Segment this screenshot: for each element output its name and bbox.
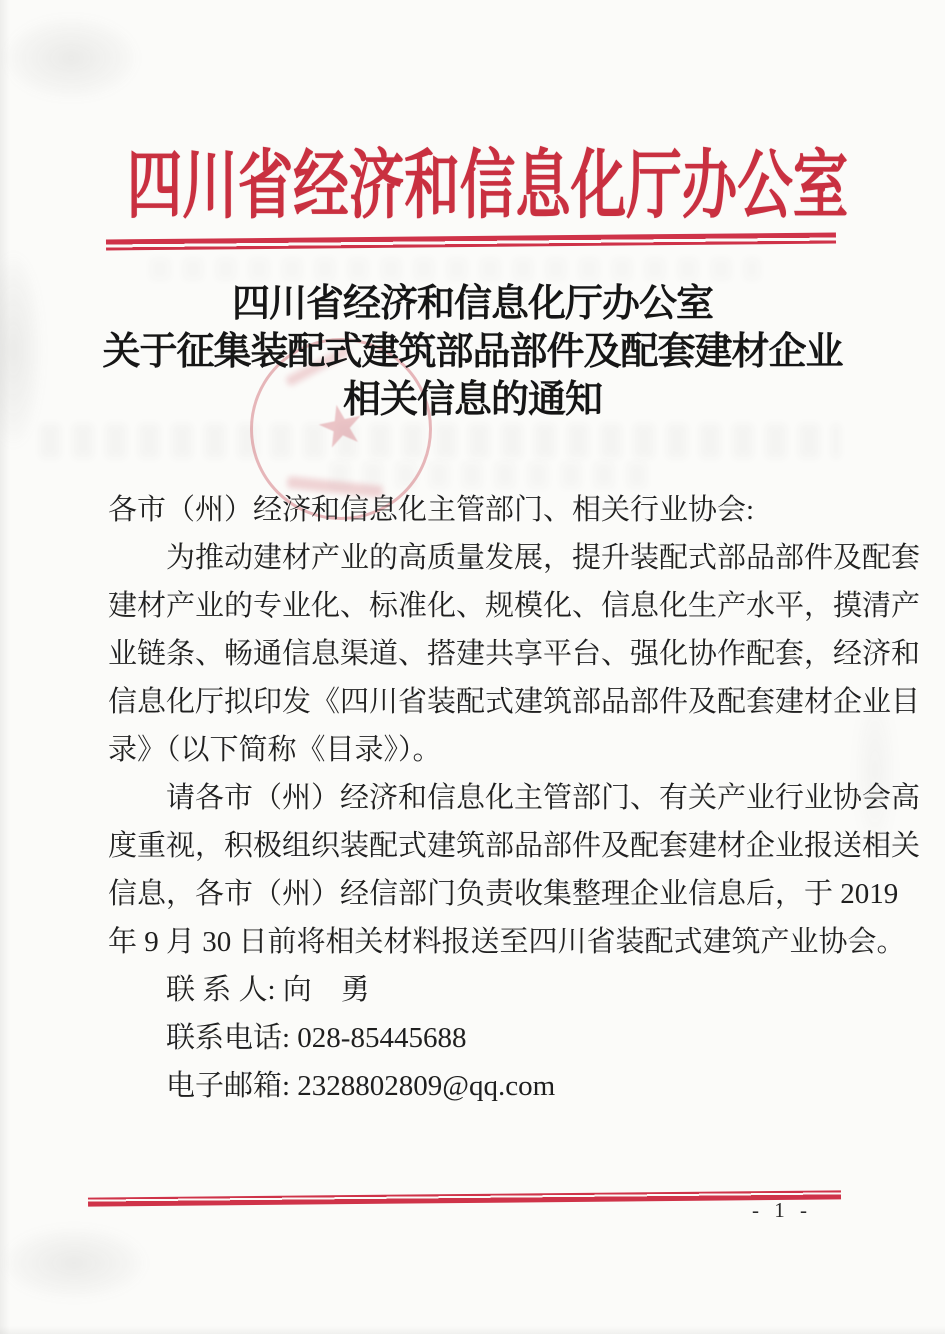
body-text-line: 信息，各市（州）经信部门负责收集整理企业信息后，于 2019 [108,870,845,918]
body-text-line: 为推动建材产业的高质量发展，提升装配式部品部件及配套 [108,534,845,582]
body-text-line: 联系电话: 028-85445688 [108,1014,845,1062]
body-text-line: 请各市（州）经济和信息化主管部门、有关产业行业协会高 [108,774,845,822]
body-text-line: 录》（以下简称《目录》）。 [108,726,845,774]
ink-bleed-ghost-text [330,462,660,488]
scanned-document-page: 四川省经济和信息化厅办公室 ★ 四川省经济和信息化厅办公室关于征集装配式建筑部品… [0,0,945,1334]
body-text-line: 信息化厅拟印发《四川省装配式建筑部品部件及配套建材企业目 [108,678,845,726]
body-text-line: 业链条、畅通信息渠道、搭建共享平台、强化协作配套，经济和 [108,630,845,678]
letterhead: 四川省经济和信息化厅办公室 [0,140,945,234]
ink-bleed-ghost-text [40,424,840,458]
body-text-line: 年 9 月 30 日前将相关材料报送至四川省装配式建筑产业协会。 [108,918,845,966]
letterhead-title: 四川省经济和信息化厅办公室 [127,140,849,234]
document-title-line: 关于征集装配式建筑部品部件及配套建材企业 [0,328,945,376]
page-number: - 1 - [752,1198,812,1223]
footer-separator-line [88,1190,841,1206]
scan-smudge [4,1228,144,1298]
body-text-line: 各市（州）经济和信息化主管部门、相关行业协会: [108,486,845,534]
letterhead-separator-line [106,232,836,250]
scan-smudge [6,18,136,98]
paper-edge-shadow [0,1326,945,1334]
document-title-line: 四川省经济和信息化厅办公室 [0,280,945,328]
document-title: 四川省经济和信息化厅办公室关于征集装配式建筑部品部件及配套建材企业相关信息的通知 [0,280,945,424]
body-text-line: 度重视，积极组织装配式建筑部品部件及配套建材企业报送相关 [108,822,845,870]
body-text-line: 联 系 人: 向 勇 [108,966,845,1014]
document-body: 各市（州）经济和信息化主管部门、相关行业协会:为推动建材产业的高质量发展，提升装… [108,486,845,1110]
body-text-line: 建材产业的专业化、标准化、规模化、信息化生产水平，摸清产 [108,582,845,630]
document-title-line: 相关信息的通知 [0,376,945,424]
body-text-line: 电子邮箱: 2328802809@qq.com [108,1062,845,1110]
ink-bleed-ghost-text [150,258,760,280]
